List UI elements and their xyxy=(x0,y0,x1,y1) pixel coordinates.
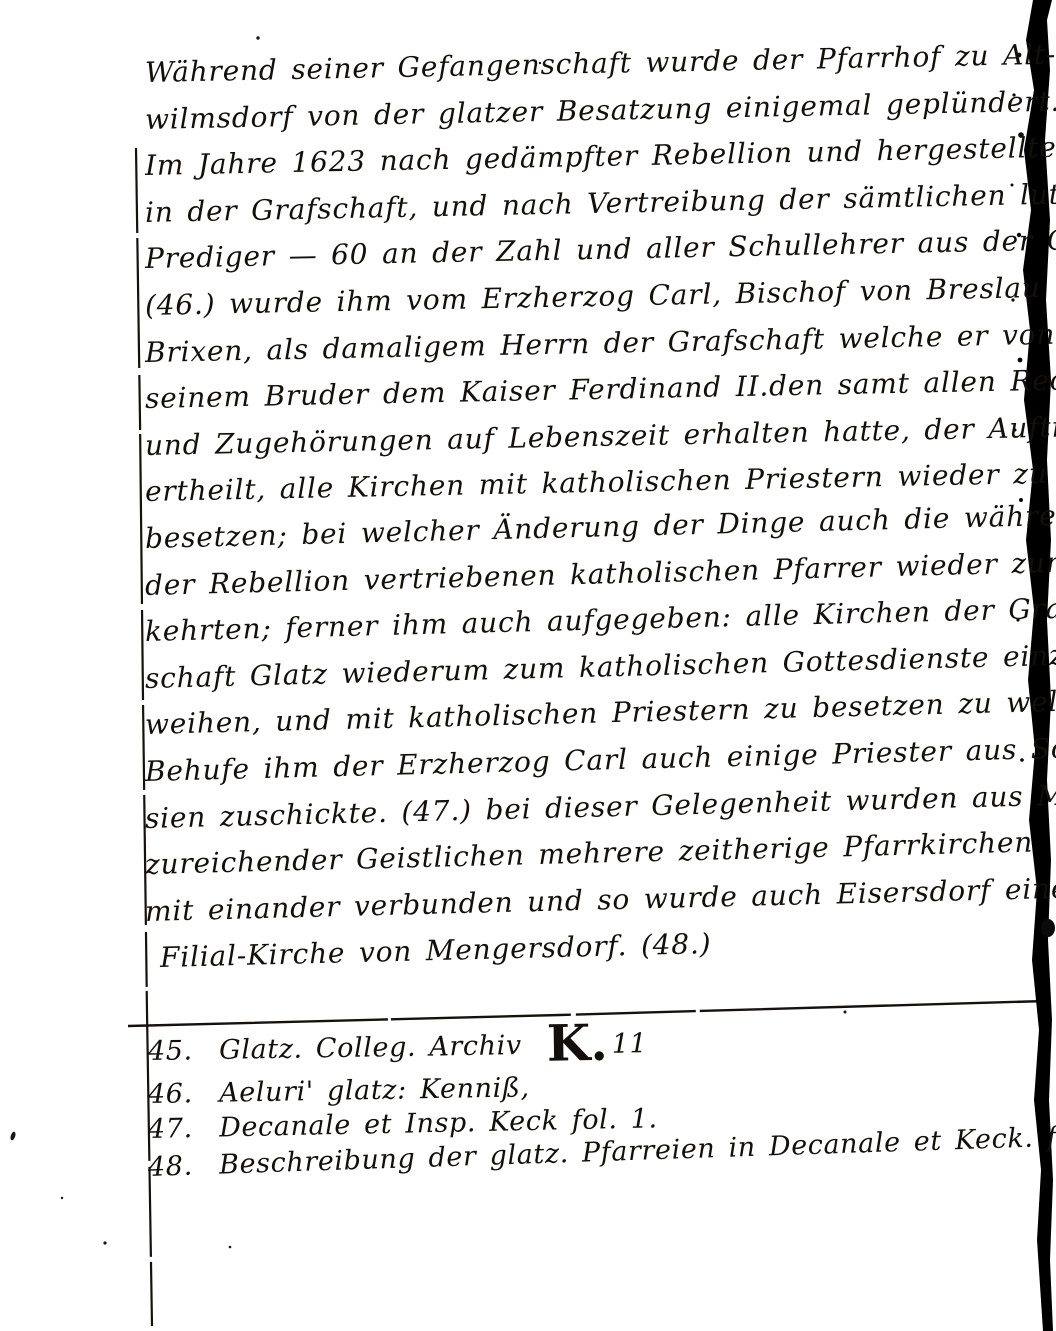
footnote-archive-signature-K: K. xyxy=(546,1013,608,1073)
footnote-number: 46. xyxy=(148,1078,207,1110)
footnote-number: 47. xyxy=(148,1113,207,1145)
footnote-text: Glatz. Colleg. Archiv xyxy=(219,1030,522,1066)
scanned-manuscript-page: Während seiner Gefangenschaft wurde der … xyxy=(0,0,1056,1331)
footnote-text: Aeluri' glatz: Kenniß, xyxy=(219,1072,530,1108)
footnote-number: 48. xyxy=(147,1150,206,1183)
footnote-number: 45. xyxy=(148,1035,206,1067)
footnote-row: 45. Glatz. Colleg. Archiv K.11 xyxy=(148,1028,648,1067)
footnote-archive-signature-number: 11 xyxy=(612,1028,648,1060)
